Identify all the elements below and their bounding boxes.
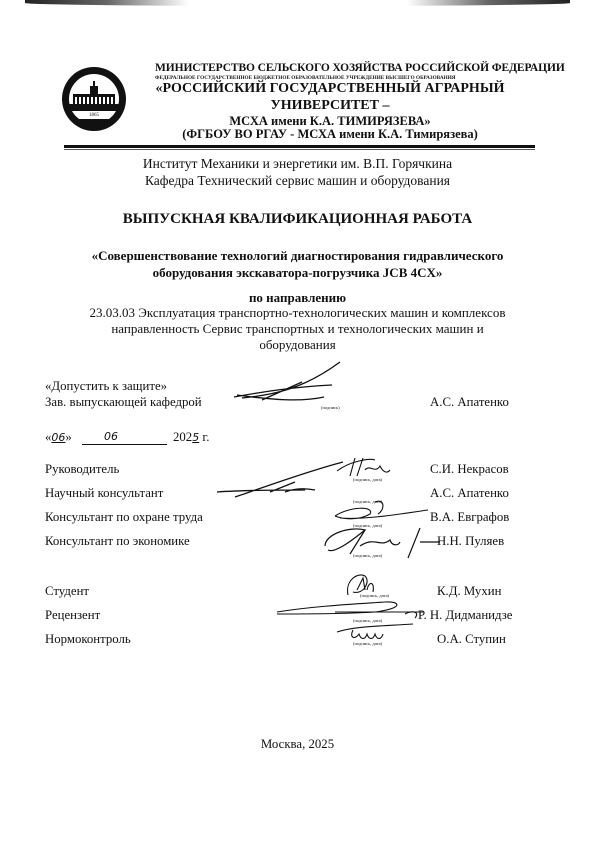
city-year: Москва, 2025 xyxy=(0,737,595,752)
thesis-title-page: 1865 МИНИСТЕРСТВО СЕЛЬСКОГО ХОЗЯЙСТВА РО… xyxy=(0,0,595,841)
date-year: 2025 г. xyxy=(173,430,209,445)
university-name-line2: УНИВЕРСИТЕТ – xyxy=(0,98,595,114)
direction-line2: направленность Сервис транспортных и тех… xyxy=(0,321,595,337)
date-month-field: 06 xyxy=(82,430,167,445)
head-of-department-name: А.С. Апатенко xyxy=(430,395,509,410)
document-title: ВЫПУСКНАЯ КВАЛИФИКАЦИОННАЯ РАБОТА xyxy=(0,211,595,228)
department-name: Кафедра Технический сервис машин и обору… xyxy=(0,173,595,189)
ministry-name: МИНИСТЕРСТВО СЕЛЬСКОГО ХОЗЯЙСТВА РОССИЙС… xyxy=(155,62,565,74)
signature-reviewer xyxy=(275,600,425,622)
role-safety-consultant: Консультант по охране труда xyxy=(45,510,203,525)
admission-label: «Допустить к защите» xyxy=(45,379,167,394)
role-supervisor: Руководитель xyxy=(45,462,119,477)
university-short-name: (ФГБОУ ВО РГАУ - МСХА имени К.А. Тимиряз… xyxy=(0,127,595,142)
date-day: 06 xyxy=(51,431,65,444)
name-supervisor: С.И. Некрасов xyxy=(430,462,509,477)
role-norm-control: Нормоконтроль xyxy=(45,632,131,647)
signature-scientific-consultant xyxy=(215,462,345,502)
role-economics-consultant: Консультант по экономике xyxy=(45,534,190,549)
name-student: К.Д. Мухин xyxy=(437,584,501,599)
name-norm-control: О.А. Ступин xyxy=(437,632,506,647)
header-rule xyxy=(64,145,535,148)
scan-shadow xyxy=(25,0,570,6)
topic-line1: «Совершенствование технологий диагностир… xyxy=(0,248,595,264)
header-rule-thin xyxy=(64,149,535,150)
signature-caption: (подпись) xyxy=(321,405,340,410)
head-of-department-label: Зав. выпускающей кафедрой xyxy=(45,395,202,410)
topic-line2: оборудования экскаватора-погрузчика JCB … xyxy=(0,265,595,281)
admission-date: «06» xyxy=(45,430,72,445)
name-safety-consultant: В.А. Евграфов xyxy=(430,510,509,525)
institute-name: Институт Механики и энергетики им. В.П. … xyxy=(0,156,595,172)
direction-line1: 23.03.03 Эксплуатация транспортно-технол… xyxy=(0,305,595,321)
role-student: Студент xyxy=(45,584,89,599)
name-reviewer: Р. Н. Дидманидзе xyxy=(418,608,512,623)
signature-head-of-department xyxy=(232,362,342,407)
signature-safety-consultant xyxy=(330,498,430,523)
role-scientific-consultant: Научный консультант xyxy=(45,486,163,501)
date-month: 06 xyxy=(104,430,118,443)
name-economics-consultant: Н.Н. Пуляев xyxy=(437,534,504,549)
role-reviewer: Рецензент xyxy=(45,608,100,623)
direction-line3: оборудования xyxy=(0,337,595,353)
university-name-line1: «РОССИЙСКИЙ ГОСУДАРСТВЕННЫЙ АГРАРНЫЙ xyxy=(0,81,595,97)
direction-label: по направлению xyxy=(0,290,595,306)
name-scientific-consultant: А.С. Апатенко xyxy=(430,486,509,501)
